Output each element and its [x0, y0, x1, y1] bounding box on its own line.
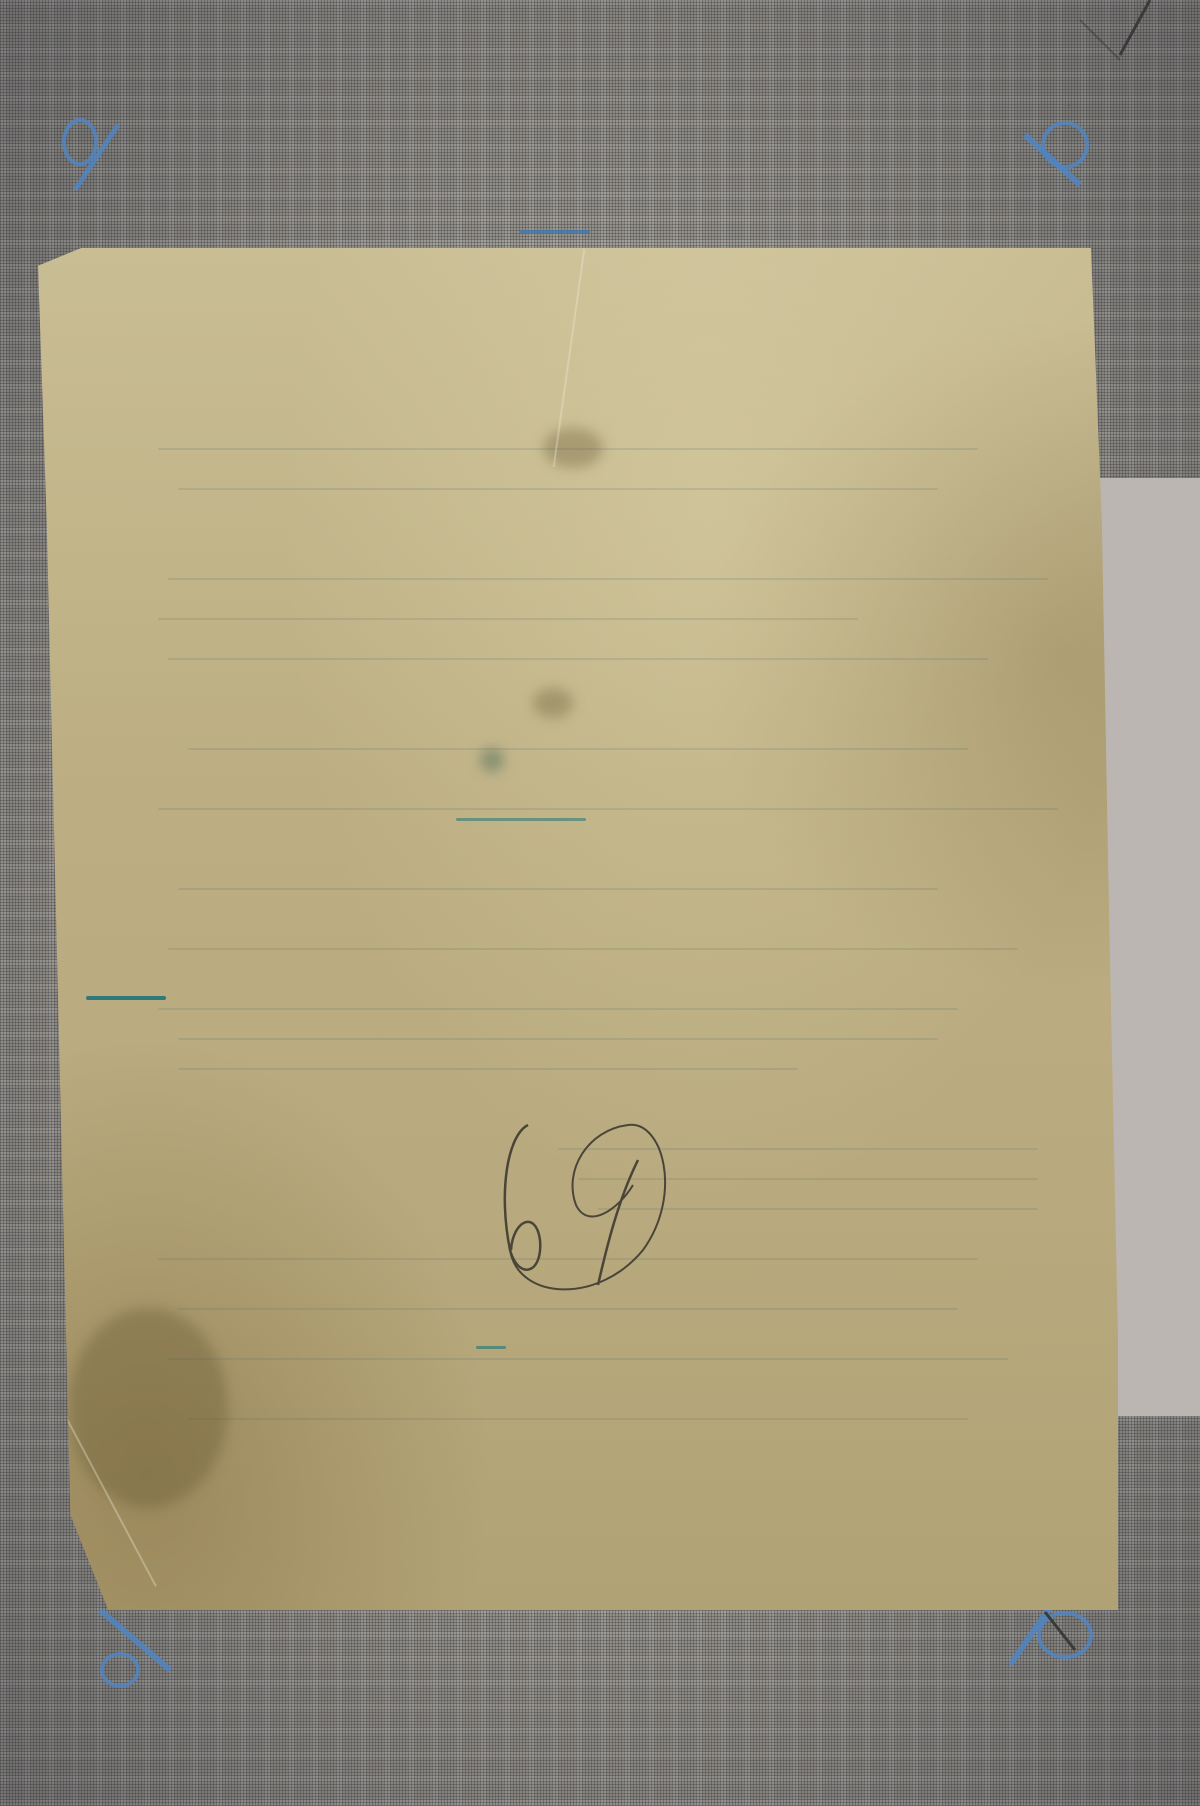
- stain: [543, 428, 603, 468]
- showthrough-text-line: [178, 1308, 958, 1310]
- showthrough-text-line: [168, 948, 1018, 950]
- blue-pencil-dash: [520, 230, 590, 234]
- stain: [68, 1308, 228, 1508]
- corner-mark-bottom-left-icon: [90, 1610, 180, 1700]
- showthrough-text-line: [168, 658, 988, 660]
- teal-ink-dash: [476, 1346, 506, 1349]
- showthrough-text-line: [168, 578, 1048, 580]
- stain: [480, 748, 504, 772]
- showthrough-text-line: [158, 808, 1058, 810]
- teal-ink-dash: [456, 818, 586, 821]
- showthrough-text-line: [178, 1038, 938, 1040]
- showthrough-text-line: [178, 488, 938, 490]
- stain: [533, 688, 573, 718]
- showthrough-text-line: [178, 888, 938, 890]
- showthrough-text-line: [168, 1358, 1008, 1360]
- showthrough-text-line: [188, 748, 968, 750]
- folio-number: 69: [478, 1100, 678, 1300]
- document-page: [38, 248, 1118, 1610]
- showthrough-text-line: [178, 1068, 798, 1070]
- corner-mark-bottom-right-icon: [1010, 1600, 1100, 1690]
- showthrough-text-line: [158, 1008, 958, 1010]
- showthrough-text-line: [158, 618, 858, 620]
- corner-mark-top-left-icon: [40, 100, 130, 190]
- pencil-corner-line-icon: [1040, 0, 1160, 70]
- corner-mark-top-right-icon: [1010, 105, 1100, 195]
- teal-ink-dash: [86, 996, 166, 1000]
- folio-number-drawing-icon: [478, 1100, 678, 1300]
- showthrough-text-line: [188, 1418, 968, 1420]
